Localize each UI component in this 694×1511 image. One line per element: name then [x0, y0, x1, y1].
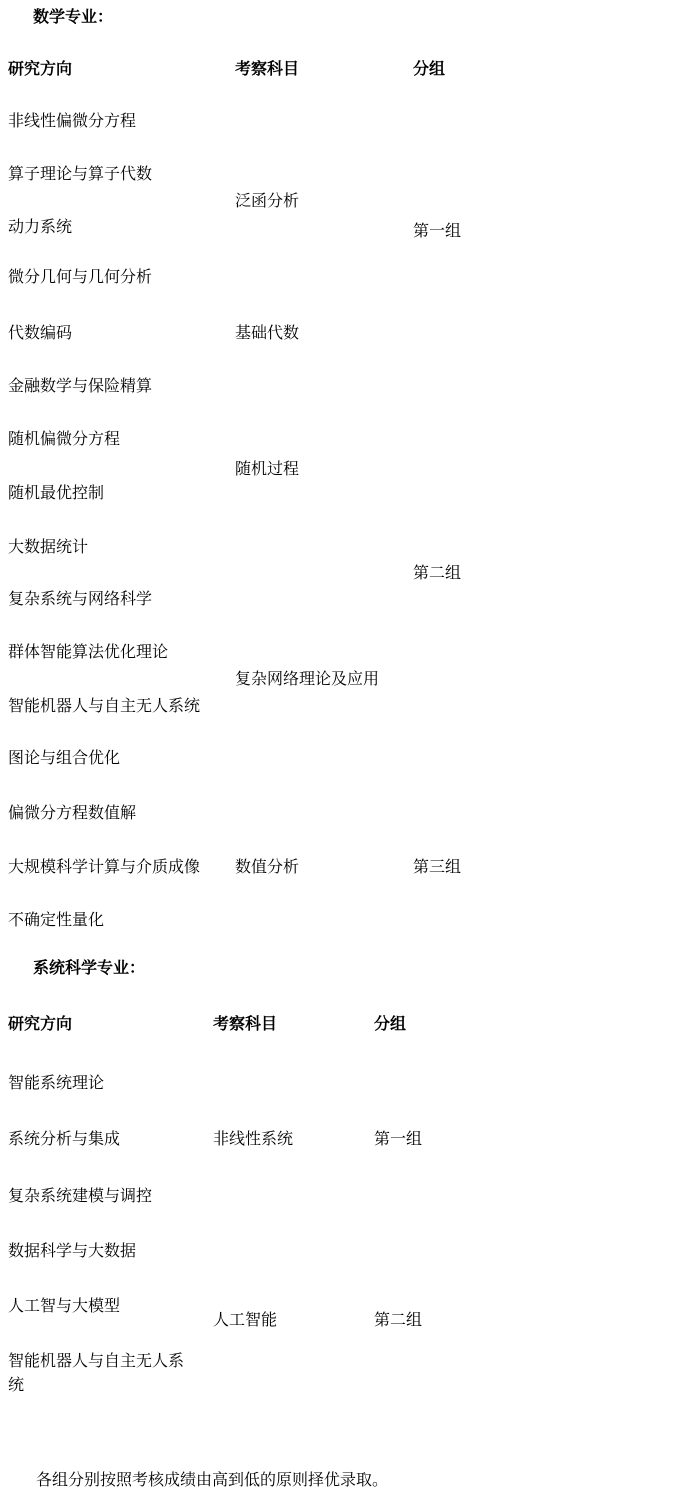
research-direction: 算子理论与算子代数 [8, 165, 152, 185]
research-direction: 群体智能算法优化理论 [8, 643, 168, 663]
research-direction: 代数编码 [8, 324, 72, 344]
research-direction: 微分几何与几何分析 [8, 268, 152, 288]
research-direction: 系统分析与集成 [8, 1130, 120, 1150]
exam-subject: 非线性系统 [213, 1130, 293, 1150]
column-header-direction-systems: 研究方向 [8, 1015, 72, 1035]
exam-subject: 随机过程 [235, 460, 299, 480]
exam-subject: 数值分析 [235, 858, 299, 878]
research-direction: 智能机器人与自主无人系统 [8, 697, 200, 717]
group-label: 第三组 [413, 858, 461, 878]
research-direction: 复杂系统与网络科学 [8, 590, 152, 610]
exam-subject: 泛函分析 [235, 192, 299, 212]
research-direction: 非线性偏微分方程 [8, 112, 136, 132]
research-direction: 复杂系统建模与调控 [8, 1187, 152, 1207]
research-direction: 大数据统计 [8, 538, 88, 558]
exam-subject: 人工智能 [213, 1311, 277, 1331]
footer-note: 各组分别按照考核成绩由高到低的原则择优录取。 [36, 1471, 388, 1491]
research-direction: 数据科学与大数据 [8, 1242, 136, 1262]
research-direction: 图论与组合优化 [8, 749, 120, 769]
group-label: 第二组 [374, 1311, 422, 1331]
column-header-subject-math: 考察科目 [235, 60, 299, 80]
group-label: 第一组 [413, 222, 461, 242]
exam-subject: 复杂网络理论及应用 [235, 670, 379, 690]
research-direction: 不确定性量化 [8, 911, 104, 931]
research-direction: 智能系统理论 [8, 1074, 104, 1094]
column-header-group-systems: 分组 [374, 1015, 406, 1035]
column-header-direction-math: 研究方向 [8, 60, 72, 80]
research-direction: 随机偏微分方程 [8, 430, 120, 450]
research-direction: 随机最优控制 [8, 484, 104, 504]
column-header-group-math: 分组 [413, 60, 445, 80]
research-direction: 人工智与大模型 [8, 1297, 120, 1317]
exam-subject: 基础代数 [235, 324, 299, 344]
section-title-systems: 系统科学专业： [33, 959, 145, 979]
section-title-math: 数学专业： [33, 8, 113, 28]
group-label: 第二组 [413, 564, 461, 584]
research-direction: 金融数学与保险精算 [8, 377, 152, 397]
research-direction: 智能机器人与自主无人系统 [8, 1350, 194, 1398]
research-direction: 动力系统 [8, 218, 72, 238]
research-direction: 偏微分方程数值解 [8, 804, 136, 824]
group-label: 第一组 [374, 1130, 422, 1150]
column-header-subject-systems: 考察科目 [213, 1015, 277, 1035]
research-direction: 大规模科学计算与介质成像 [8, 858, 200, 878]
